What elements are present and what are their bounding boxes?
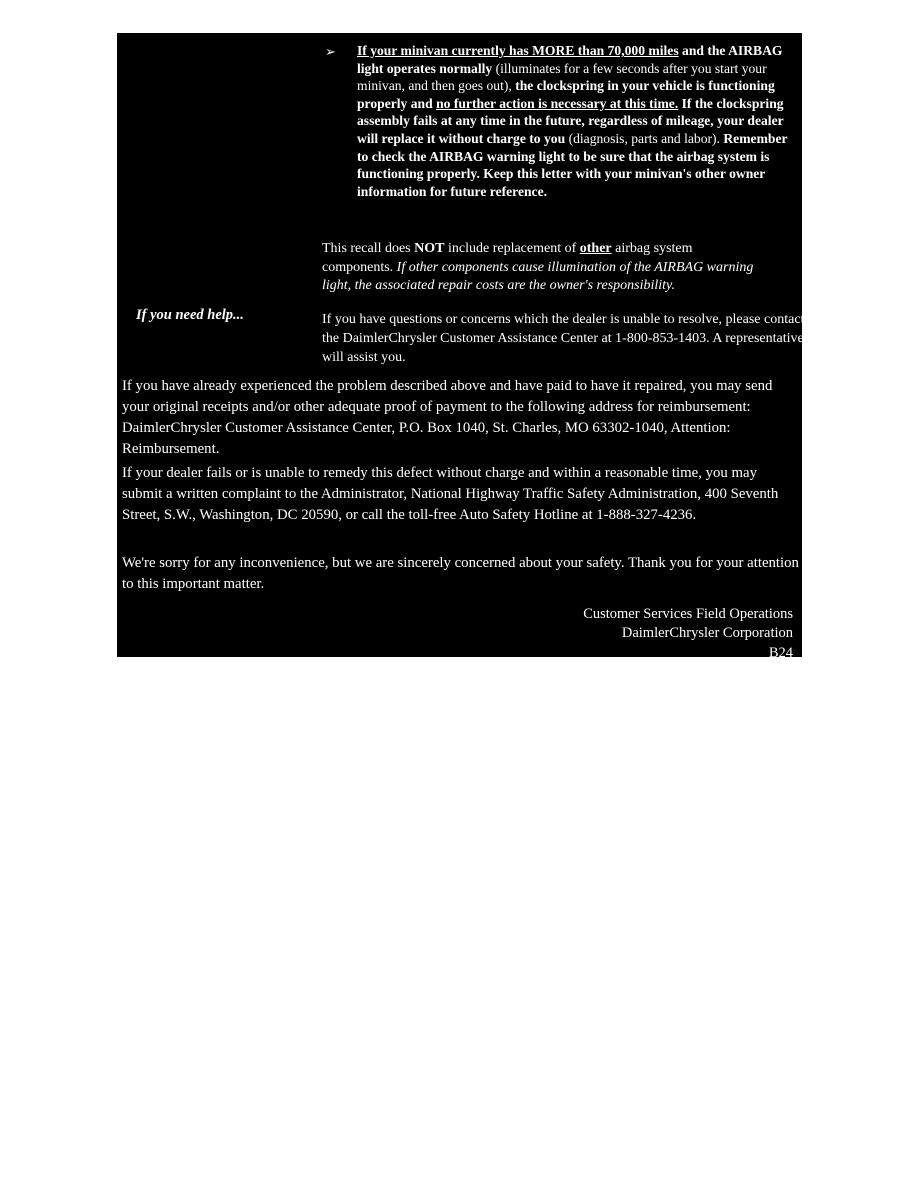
bullet-text: If your minivan currently has MORE than … bbox=[357, 42, 799, 200]
reimbursement-paragraph: If you have already experienced the prob… bbox=[122, 376, 800, 460]
closing-paragraph: We're sorry for any inconvenience, but w… bbox=[122, 553, 800, 595]
help-label: If you need help... bbox=[136, 307, 244, 324]
signature-line-code: B24 bbox=[583, 644, 793, 657]
signature-line-department: Customer Services Field Operations bbox=[583, 605, 793, 624]
complaint-paragraph: If your dealer fails or is unable to rem… bbox=[122, 463, 800, 526]
signature-line-company: DaimlerChrysler Corporation bbox=[583, 624, 793, 643]
page: ➢ If your minivan currently has MORE tha… bbox=[0, 0, 918, 1188]
signature-block: Customer Services Field Operations Daiml… bbox=[583, 605, 793, 657]
arrow-bullet-icon: ➢ bbox=[325, 44, 336, 61]
recall-letter-scan: ➢ If your minivan currently has MORE tha… bbox=[117, 33, 802, 657]
bullet-item: ➢ If your minivan currently has MORE tha… bbox=[325, 42, 799, 200]
help-text-paragraph: If you have questions or concerns which … bbox=[322, 310, 802, 367]
recall-note-paragraph: This recall does NOT include replacement… bbox=[322, 240, 767, 296]
